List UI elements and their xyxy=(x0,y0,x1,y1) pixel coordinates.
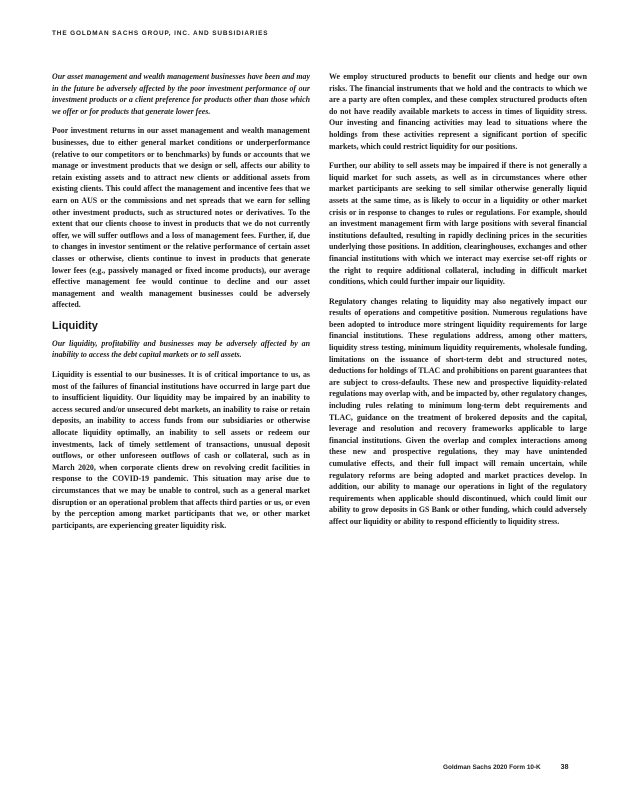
paragraph-ability-to-sell-assets: Further, our ability to sell assets may … xyxy=(329,160,587,288)
page-footer: Goldman Sachs 2020 Form 10-K38 xyxy=(443,764,568,771)
risk-factor-heading-asset-management: Our asset management and wealth manageme… xyxy=(52,71,310,117)
left-column: Our asset management and wealth manageme… xyxy=(52,71,310,539)
paragraph-structured-products: We employ structured products to benefit… xyxy=(329,71,587,152)
right-column: We employ structured products to benefit… xyxy=(329,71,587,536)
risk-factor-heading-liquidity: Our liquidity, profitability and busines… xyxy=(52,338,310,361)
paragraph-investment-returns: Poor investment returns in our asset man… xyxy=(52,125,310,311)
running-header: THE GOLDMAN SACHS GROUP, INC. AND SUBSID… xyxy=(52,30,268,37)
section-heading-liquidity: Liquidity xyxy=(52,319,310,333)
page-number: 38 xyxy=(561,764,569,771)
paragraph-regulatory-changes: Regulatory changes relating to liquidity… xyxy=(329,296,587,528)
paragraph-liquidity-essential: Liquidity is essential to our businesses… xyxy=(52,369,310,531)
footer-publication: Goldman Sachs 2020 Form 10-K xyxy=(443,764,541,771)
